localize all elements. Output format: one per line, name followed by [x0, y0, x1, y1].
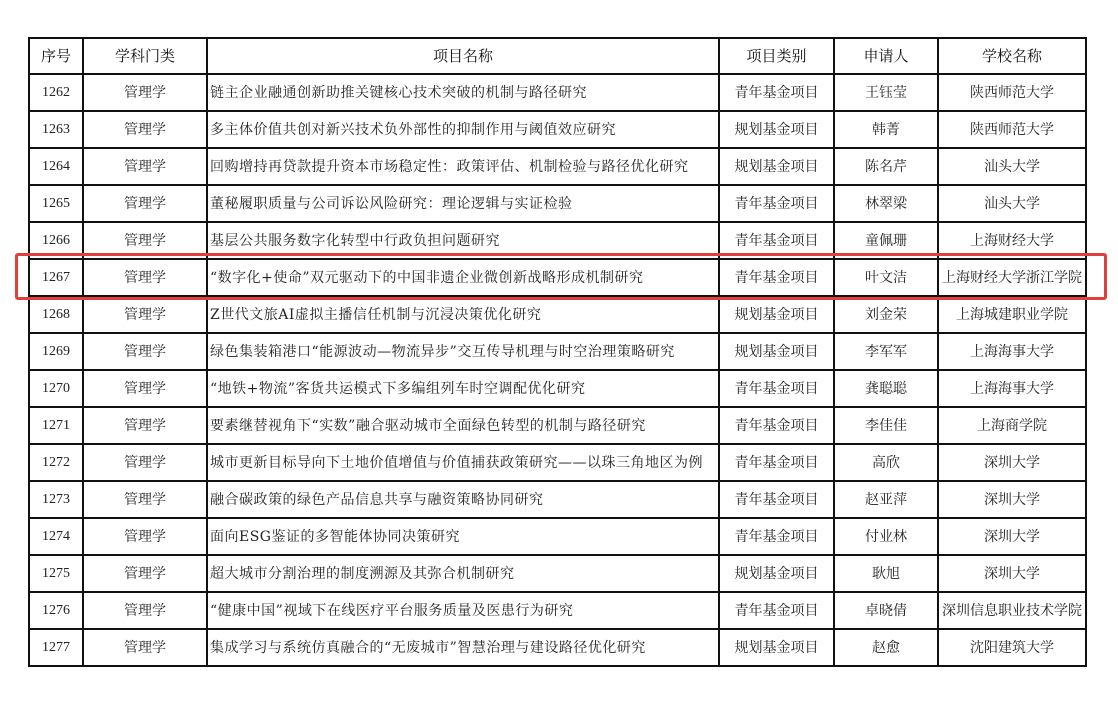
cell-category: 青年基金项目	[719, 222, 834, 259]
cell-applicant: 陈名芹	[834, 148, 938, 185]
table-header-row: 序号 学科门类 项目名称 项目类别 申请人 学校名称	[29, 38, 1086, 74]
cell-title: Z世代文旅AI虚拟主播信任机制与沉浸决策优化研究	[207, 296, 719, 333]
header-title: 项目名称	[207, 38, 719, 74]
cell-school: 上海城建职业学院	[938, 296, 1086, 333]
cell-discipline: 管理学	[83, 518, 207, 555]
cell-id: 1275	[29, 555, 83, 592]
cell-title: 城市更新目标导向下土地价值增值与价值捕获政策研究——以珠三角地区为例	[207, 444, 719, 481]
cell-id: 1265	[29, 185, 83, 222]
cell-applicant: 耿旭	[834, 555, 938, 592]
cell-title: 回购增持再贷款提升资本市场稳定性：政策评估、机制检验与路径优化研究	[207, 148, 719, 185]
cell-school: 沈阳建筑大学	[938, 629, 1086, 666]
cell-id: 1267	[29, 259, 83, 296]
table-row: 1277管理学集成学习与系统仿真融合的“无废城市”智慧治理与建设路径优化研究规划…	[29, 629, 1086, 666]
cell-applicant: 李佳佳	[834, 407, 938, 444]
cell-title: 多主体价值共创对新兴技术负外部性的抑制作用与阈值效应研究	[207, 111, 719, 148]
cell-category: 规划基金项目	[719, 629, 834, 666]
cell-id: 1263	[29, 111, 83, 148]
cell-school: 汕头大学	[938, 148, 1086, 185]
table-row: 1270管理学“地铁+物流”客货共运模式下多编组列车时空调配优化研究青年基金项目…	[29, 370, 1086, 407]
cell-id: 1266	[29, 222, 83, 259]
cell-title: “数字化+使命”双元驱动下的中国非遗企业微创新战略形成机制研究	[207, 259, 719, 296]
table-row: 1262管理学链主企业融通创新助推关键核心技术突破的机制与路径研究青年基金项目王…	[29, 74, 1086, 111]
cell-category: 青年基金项目	[719, 74, 834, 111]
cell-title: 融合碳政策的绿色产品信息共享与融资策略协同研究	[207, 481, 719, 518]
header-applicant: 申请人	[834, 38, 938, 74]
cell-id: 1277	[29, 629, 83, 666]
cell-discipline: 管理学	[83, 370, 207, 407]
cell-category: 青年基金项目	[719, 481, 834, 518]
cell-school: 汕头大学	[938, 185, 1086, 222]
cell-applicant: 付业林	[834, 518, 938, 555]
cell-applicant: 龚聪聪	[834, 370, 938, 407]
cell-category: 青年基金项目	[719, 444, 834, 481]
cell-discipline: 管理学	[83, 296, 207, 333]
table-row: 1264管理学回购增持再贷款提升资本市场稳定性：政策评估、机制检验与路径优化研究…	[29, 148, 1086, 185]
table-row: 1269管理学绿色集装箱港口“能源波动—物流异步”交互传导机理与时空治理策略研究…	[29, 333, 1086, 370]
cell-school: 上海海事大学	[938, 333, 1086, 370]
cell-title: 面向ESG鉴证的多智能体协同决策研究	[207, 518, 719, 555]
cell-applicant: 林翠梁	[834, 185, 938, 222]
cell-category: 青年基金项目	[719, 518, 834, 555]
cell-applicant: 李军军	[834, 333, 938, 370]
cell-title: 基层公共服务数字化转型中行政负担问题研究	[207, 222, 719, 259]
cell-category: 青年基金项目	[719, 407, 834, 444]
table-row: 1274管理学面向ESG鉴证的多智能体协同决策研究青年基金项目付业林深圳大学	[29, 518, 1086, 555]
table-row: 1265管理学董秘履职质量与公司诉讼风险研究：理论逻辑与实证检验青年基金项目林翠…	[29, 185, 1086, 222]
cell-id: 1276	[29, 592, 83, 629]
cell-title: 集成学习与系统仿真融合的“无废城市”智慧治理与建设路径优化研究	[207, 629, 719, 666]
cell-school: 上海商学院	[938, 407, 1086, 444]
cell-school: 上海财经大学	[938, 222, 1086, 259]
cell-id: 1274	[29, 518, 83, 555]
cell-id: 1270	[29, 370, 83, 407]
table-row: 1266管理学基层公共服务数字化转型中行政负担问题研究青年基金项目童佩珊上海财经…	[29, 222, 1086, 259]
cell-title: 链主企业融通创新助推关键核心技术突破的机制与路径研究	[207, 74, 719, 111]
table-row: 1273管理学融合碳政策的绿色产品信息共享与融资策略协同研究青年基金项目赵亚萍深…	[29, 481, 1086, 518]
cell-id: 1264	[29, 148, 83, 185]
header-discipline: 学科门类	[83, 38, 207, 74]
table-row: 1272管理学城市更新目标导向下土地价值增值与价值捕获政策研究——以珠三角地区为…	[29, 444, 1086, 481]
header-category: 项目类别	[719, 38, 834, 74]
cell-discipline: 管理学	[83, 259, 207, 296]
cell-applicant: 叶文洁	[834, 259, 938, 296]
cell-id: 1273	[29, 481, 83, 518]
cell-title: “地铁+物流”客货共运模式下多编组列车时空调配优化研究	[207, 370, 719, 407]
cell-discipline: 管理学	[83, 407, 207, 444]
cell-category: 青年基金项目	[719, 185, 834, 222]
cell-discipline: 管理学	[83, 481, 207, 518]
header-id: 序号	[29, 38, 83, 74]
cell-category: 青年基金项目	[719, 592, 834, 629]
cell-category: 青年基金项目	[719, 370, 834, 407]
cell-category: 青年基金项目	[719, 259, 834, 296]
cell-id: 1268	[29, 296, 83, 333]
cell-applicant: 韩菁	[834, 111, 938, 148]
cell-title: 董秘履职质量与公司诉讼风险研究：理论逻辑与实证检验	[207, 185, 719, 222]
cell-applicant: 高欣	[834, 444, 938, 481]
cell-discipline: 管理学	[83, 592, 207, 629]
cell-discipline: 管理学	[83, 74, 207, 111]
header-school: 学校名称	[938, 38, 1086, 74]
table-row: 1276管理学“健康中国”视域下在线医疗平台服务质量及医患行为研究青年基金项目卓…	[29, 592, 1086, 629]
cell-discipline: 管理学	[83, 333, 207, 370]
cell-title: 绿色集装箱港口“能源波动—物流异步”交互传导机理与时空治理策略研究	[207, 333, 719, 370]
table-row: 1267管理学“数字化+使命”双元驱动下的中国非遗企业微创新战略形成机制研究青年…	[29, 259, 1086, 296]
cell-category: 规划基金项目	[719, 111, 834, 148]
cell-title: “健康中国”视域下在线医疗平台服务质量及医患行为研究	[207, 592, 719, 629]
table-row: 1275管理学超大城市分割治理的制度溯源及其弥合机制研究规划基金项目耿旭深圳大学	[29, 555, 1086, 592]
cell-title: 超大城市分割治理的制度溯源及其弥合机制研究	[207, 555, 719, 592]
cell-school: 陕西师范大学	[938, 111, 1086, 148]
cell-applicant: 童佩珊	[834, 222, 938, 259]
cell-applicant: 王钰莹	[834, 74, 938, 111]
cell-applicant: 赵愈	[834, 629, 938, 666]
cell-school: 陕西师范大学	[938, 74, 1086, 111]
cell-school: 深圳信息职业技术学院	[938, 592, 1086, 629]
cell-id: 1271	[29, 407, 83, 444]
cell-school: 深圳大学	[938, 555, 1086, 592]
cell-discipline: 管理学	[83, 185, 207, 222]
cell-category: 规划基金项目	[719, 333, 834, 370]
cell-id: 1262	[29, 74, 83, 111]
table-row: 1263管理学多主体价值共创对新兴技术负外部性的抑制作用与阈值效应研究规划基金项…	[29, 111, 1086, 148]
cell-category: 规划基金项目	[719, 555, 834, 592]
cell-school: 深圳大学	[938, 518, 1086, 555]
cell-discipline: 管理学	[83, 111, 207, 148]
cell-applicant: 刘金荣	[834, 296, 938, 333]
cell-school: 深圳大学	[938, 481, 1086, 518]
cell-id: 1269	[29, 333, 83, 370]
cell-category: 规划基金项目	[719, 296, 834, 333]
cell-title: 要素继替视角下“实数”融合驱动城市全面绿色转型的机制与路径研究	[207, 407, 719, 444]
cell-applicant: 卓晓倩	[834, 592, 938, 629]
cell-school: 上海财经大学浙江学院	[938, 259, 1086, 296]
cell-category: 规划基金项目	[719, 148, 834, 185]
cell-applicant: 赵亚萍	[834, 481, 938, 518]
cell-discipline: 管理学	[83, 148, 207, 185]
cell-discipline: 管理学	[83, 444, 207, 481]
table-row: 1268管理学Z世代文旅AI虚拟主播信任机制与沉浸决策优化研究规划基金项目刘金荣…	[29, 296, 1086, 333]
cell-discipline: 管理学	[83, 555, 207, 592]
table-row: 1271管理学要素继替视角下“实数”融合驱动城市全面绿色转型的机制与路径研究青年…	[29, 407, 1086, 444]
cell-school: 上海海事大学	[938, 370, 1086, 407]
cell-school: 深圳大学	[938, 444, 1086, 481]
cell-id: 1272	[29, 444, 83, 481]
cell-discipline: 管理学	[83, 629, 207, 666]
project-table: 序号 学科门类 项目名称 项目类别 申请人 学校名称 1262管理学链主企业融通…	[28, 37, 1087, 667]
cell-discipline: 管理学	[83, 222, 207, 259]
